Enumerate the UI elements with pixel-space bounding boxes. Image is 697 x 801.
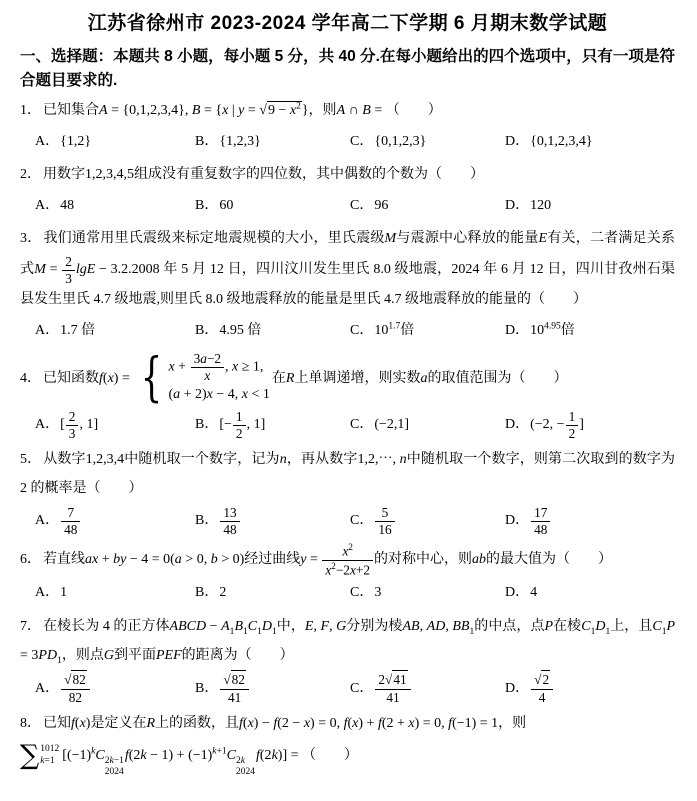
question-8-number: 8． [20,716,43,731]
question-6-option-c: C．3 [350,578,505,607]
question-3-options: A．1.7 倍 B．4.95 倍 C．101.7倍 D．104.95倍 [20,316,675,345]
question-3-option-c: C．101.7倍 [350,316,505,345]
question-3: 3．我们通常用里氏震级来标定地震规模的大小，里氏震级M与震源中心释放的能量E有关… [20,225,675,345]
question-3-text: 我们通常用里氏震级来标定地震规模的大小，里氏震级M与震源中心释放的能量E有关，二… [20,231,675,307]
question-1-option-d: D．{0,1,2,3,4} [505,127,675,156]
question-1-options: A．{1,2} B．{1,2,3} C．{0,1,2,3} D．{0,1,2,3… [20,127,675,156]
question-1-text: 已知集合A = {0,1,2,3,4}, B = {x | y = √9 − x… [43,101,442,118]
question-5-option-b: B．1348 [195,505,350,538]
question-1-option-a: A．{1,2} [35,127,195,156]
question-4-text: 已知函数f(x) = {x + 3a−2x, x ≥ 1,(a + 2)x − … [43,371,567,386]
question-1-option-b: B．{1,2,3} [195,127,350,156]
question-3-option-b: B．4.95 倍 [195,316,350,345]
question-8-body: 8．已知f(x)是定义在R上的函数，且f(x) − f(2 − x) = 0, … [20,710,675,739]
question-1-option-c: C．{0,1,2,3} [350,127,505,156]
question-7-options: A．√8282 B．√8241 C．2√4141 D．√24 [20,672,675,705]
question-7-option-d: D．√24 [505,672,675,705]
question-2-number: 2． [20,167,43,182]
question-4-option-c: C．(−2,1] [350,410,505,439]
question-2-option-c: C．96 [350,191,505,220]
question-3-body: 3．我们通常用里氏震级来标定地震规模的大小，里氏震级M与震源中心释放的能量E有关… [20,225,675,315]
question-3-option-a: A．1.7 倍 [35,316,195,345]
question-7-option-a: A．√8282 [35,672,195,705]
question-4-option-d: D．(−2, −12] [505,409,675,442]
question-6-options: A．1 B．2 C．3 D．4 [20,578,675,607]
question-4-options: A．[23, 1] B．[−12, 1] C．(−2,1] D．(−2, −12… [20,409,675,442]
question-2-option-d: D．120 [505,191,675,220]
question-7-option-b: B．√8241 [195,672,350,705]
question-2-options: A．48 B．60 C．96 D．120 [20,191,675,220]
question-1: 1．已知集合A = {0,1,2,3,4}, B = {x | y = √9 −… [20,97,675,156]
page-title: 江苏省徐州市 2023-2024 学年高二下学期 6 月期末数学试题 [20,8,675,35]
question-6-option-b: B．2 [195,578,350,607]
question-8-formula: ∑1012k=1[(−1)kC2k−12024f(2k − 1) + (−1)k… [20,742,675,779]
question-7-text: 在棱长为 4 的正方体ABCD − A1B1C1D1中，E, F, G分别为棱A… [20,619,675,663]
question-4-number: 4． [20,371,43,386]
question-6-number: 6． [20,552,43,567]
question-1-body: 1．已知集合A = {0,1,2,3,4}, B = {x | y = √9 −… [20,97,675,126]
question-5-text: 从数字1,2,3,4中随机取一个数字，记为n，再从数字1,2,⋯, n中随机取一… [20,452,675,496]
question-5-option-d: D．1748 [505,505,675,538]
question-6-option-d: D．4 [505,578,675,607]
question-3-option-d: D．104.95倍 [505,316,675,345]
question-5-option-c: C．516 [350,505,505,538]
question-5-number: 5． [20,452,43,467]
question-2-text: 用数字1,2,3,4,5组成没有重复数字的四位数，其中偶数的个数为（ ） [43,167,484,182]
question-8-text: 已知f(x)是定义在R上的函数，且f(x) − f(2 − x) = 0, f(… [43,716,526,731]
question-5-body: 5．从数字1,2,3,4中随机取一个数字，记为n，再从数字1,2,⋯, n中随机… [20,446,675,503]
question-2-option-a: A．48 [35,191,195,220]
question-2-body: 2．用数字1,2,3,4,5组成没有重复数字的四位数，其中偶数的个数为（ ） [20,161,675,190]
question-4-option-a: A．[23, 1] [35,409,195,442]
question-4-option-b: B．[−12, 1] [195,409,350,442]
question-6-text: 若直线ax + by − 4 = 0(a > 0, b > 0)经过曲线y = … [43,552,612,567]
section-heading: 一、选择题：本题共 8 小题，每小题 5 分，共 40 分.在每小题给出的四个选… [20,45,675,93]
question-1-number: 1． [20,103,43,118]
question-2: 2．用数字1,2,3,4,5组成没有重复数字的四位数，其中偶数的个数为（ ） A… [20,161,675,220]
question-7-option-c: C．2√4141 [350,672,505,705]
question-7-body: 7．在棱长为 4 的正方体ABCD − A1B1C1D1中，E, F, G分别为… [20,613,675,672]
question-5-option-a: A．748 [35,505,195,538]
question-8: 8．已知f(x)是定义在R上的函数，且f(x) − f(2 − x) = 0, … [20,710,675,778]
question-5: 5．从数字1,2,3,4中随机取一个数字，记为n，再从数字1,2,⋯, n中随机… [20,446,675,537]
question-3-number: 3． [20,231,43,246]
question-6: 6．若直线ax + by − 4 = 0(a > 0, b > 0)经过曲线y … [20,542,675,608]
question-4: 4．已知函数f(x) = {x + 3a−2x, x ≥ 1,(a + 2)x … [20,351,675,442]
question-7: 7．在棱长为 4 的正方体ABCD − A1B1C1D1中，E, F, G分别为… [20,613,675,705]
question-4-body: 4．已知函数f(x) = {x + 3a−2x, x ≥ 1,(a + 2)x … [20,351,675,408]
question-5-options: A．748 B．1348 C．516 D．1748 [20,505,675,538]
question-7-number: 7． [20,619,43,634]
question-6-body: 6．若直线ax + by − 4 = 0(a > 0, b > 0)经过曲线y … [20,542,675,577]
exam-page: 江苏省徐州市 2023-2024 学年高二下学期 6 月期末数学试题 一、选择题… [0,0,697,778]
question-6-option-a: A．1 [35,578,195,607]
question-2-option-b: B．60 [195,191,350,220]
